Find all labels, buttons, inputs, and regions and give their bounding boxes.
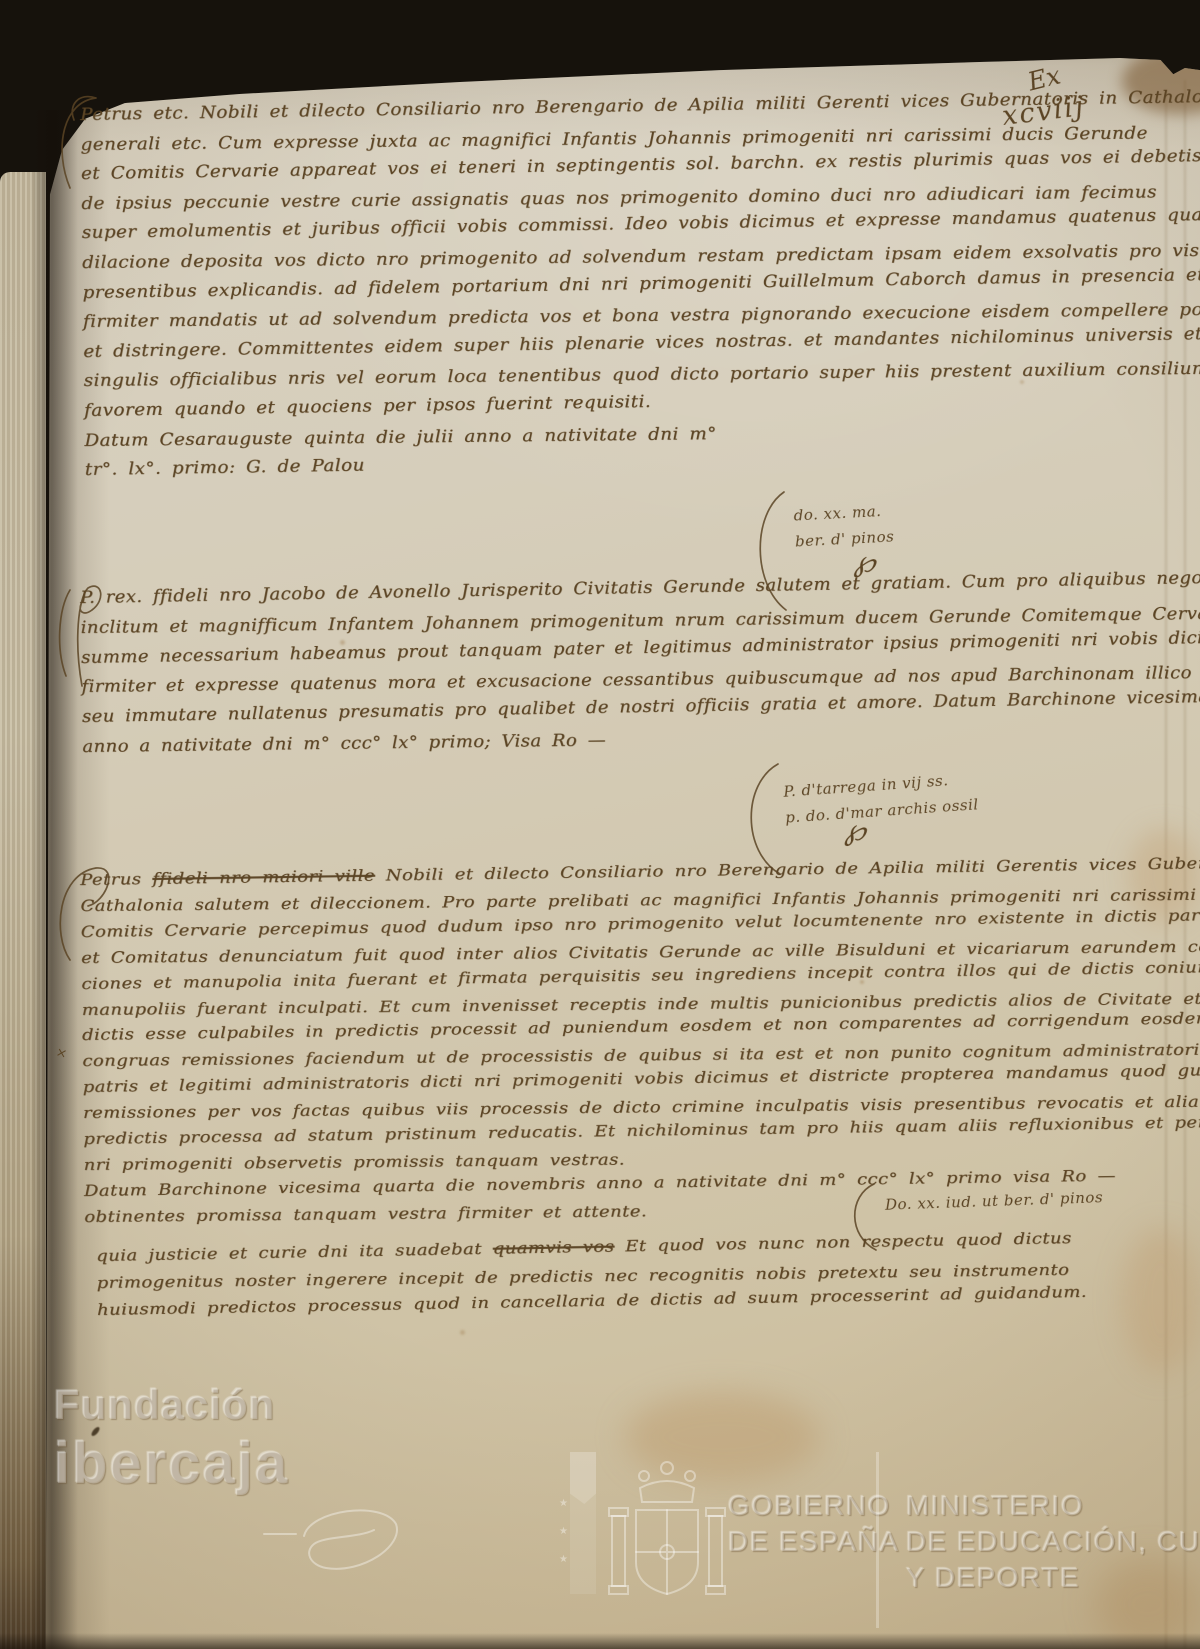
watermark-ministerio-line1: MINISTERIO — [906, 1490, 1084, 1522]
chancery-note: P. d'tarrega in vij ss. p. do. d'mar arc… — [783, 765, 982, 856]
bottom-edge-shadow — [0, 1633, 1200, 1649]
line-text: Et quod vos nunc non respectu quod dictu… — [614, 1229, 1072, 1255]
watermark-gobierno-line1: GOBIERNO — [728, 1490, 891, 1522]
watermark-fundacion: Fundación — [54, 1381, 275, 1429]
manuscript-entry-3: Petrus ffideli nro maiori ville Nobili e… — [80, 852, 1200, 1231]
watermark-ministerio-line2: DE EDUCACIÓN, CULTURA — [906, 1526, 1200, 1558]
watermark-ibercaja: ibercaja — [54, 1430, 289, 1497]
star-icon: ★ — [559, 1526, 568, 1537]
ibercaja-swoosh-icon — [262, 1488, 404, 1580]
foxing-speck — [460, 1330, 465, 1335]
line-text: Petrus — [80, 870, 152, 889]
line-text: quia justicie et curie dni ita suadebat — [96, 1240, 493, 1265]
manuscript-entry-1: Petrus etc. Nobili et dilecto Consiliari… — [80, 86, 1200, 486]
manuscript-entry-2: P. rex. ffideli nro Jacobo de Avonello J… — [80, 564, 1200, 763]
struck-text: ffideli nro maiori ville — [152, 867, 375, 888]
watermark-ministerio-line3: Y DEPORTE — [906, 1562, 1080, 1594]
manuscript-entry-4: quia justicie et curie dni ita suadebat … — [96, 1227, 1087, 1324]
stain — [1122, 1228, 1200, 1373]
watermark-divider — [876, 1452, 879, 1628]
spain-coat-of-arms-icon — [606, 1458, 728, 1630]
paraph-icon: ℘ — [844, 817, 981, 852]
chancery-note: do. xx. ma. ber. d' pinos ℘ — [793, 497, 896, 580]
struck-text: quamvis vos — [493, 1237, 615, 1257]
star-icon: ★ — [559, 1498, 568, 1509]
star-icon: ★ — [559, 1554, 568, 1565]
watermark-gobierno-line2: DE ESPAÑA — [728, 1526, 900, 1558]
spain-flag-banner-top — [570, 1452, 596, 1504]
manuscript-scan: Ex xcviij Petrus etc. Nobili et dilecto … — [0, 0, 1200, 1649]
